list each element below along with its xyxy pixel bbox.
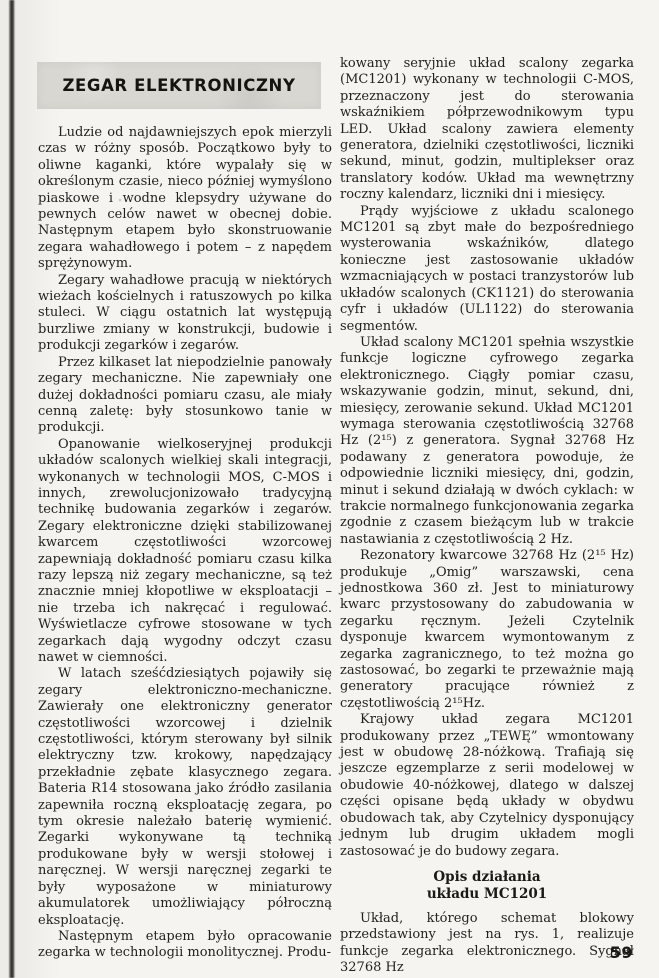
section-heading-line2: układu MC1201 <box>427 886 547 902</box>
paragraph: Zegary wahadłowe pracują w niektórych wi… <box>38 273 332 355</box>
paragraph: Przez kilkaset lat niepodzielnie panował… <box>38 355 332 437</box>
paragraph: Krajowy układ zegara MC1201 produkowany … <box>340 712 634 860</box>
article-title-box: ZEGAR ELEKTRONICZNY <box>37 62 321 109</box>
paragraph: Układ, którego schemat blokowy przedstaw… <box>340 911 634 977</box>
page-number: 59 <box>610 943 633 962</box>
paragraph: Układ scalony MC1201 spełnia wszystkie f… <box>340 335 634 548</box>
article-title: ZEGAR ELEKTRONICZNY <box>62 76 295 95</box>
paragraph: Rezonatory kwarcowe 32768 Hz (2¹⁵ Hz) pr… <box>340 548 634 712</box>
paragraph: Następnym etapem było opracowanie zegark… <box>38 929 332 962</box>
scanned-page: ZEGAR ELEKTRONICZNY Ludzie od najdawniej… <box>0 0 659 978</box>
left-column: Ludzie od najdawniejszych epok mierzyli … <box>38 125 332 962</box>
paragraph: kowany seryjnie układ scalony zegarka (M… <box>340 56 634 204</box>
paragraph: Opanowanie wielkoseryjnej produkcji ukła… <box>38 437 332 667</box>
paragraph: W latach sześćdziesiątych pojawiły się z… <box>38 666 332 929</box>
paragraph: Ludzie od najdawniejszych epok mierzyli … <box>38 125 332 273</box>
scan-edge-artifact <box>9 0 15 978</box>
right-column: kowany seryjnie układ scalony zegarka (M… <box>340 56 634 977</box>
section-heading-line1: Opis działania <box>433 869 540 885</box>
paragraph: Prądy wyjściowe z układu scalonego MC120… <box>340 204 634 335</box>
section-heading: Opis działania układu MC1201 <box>340 869 634 903</box>
